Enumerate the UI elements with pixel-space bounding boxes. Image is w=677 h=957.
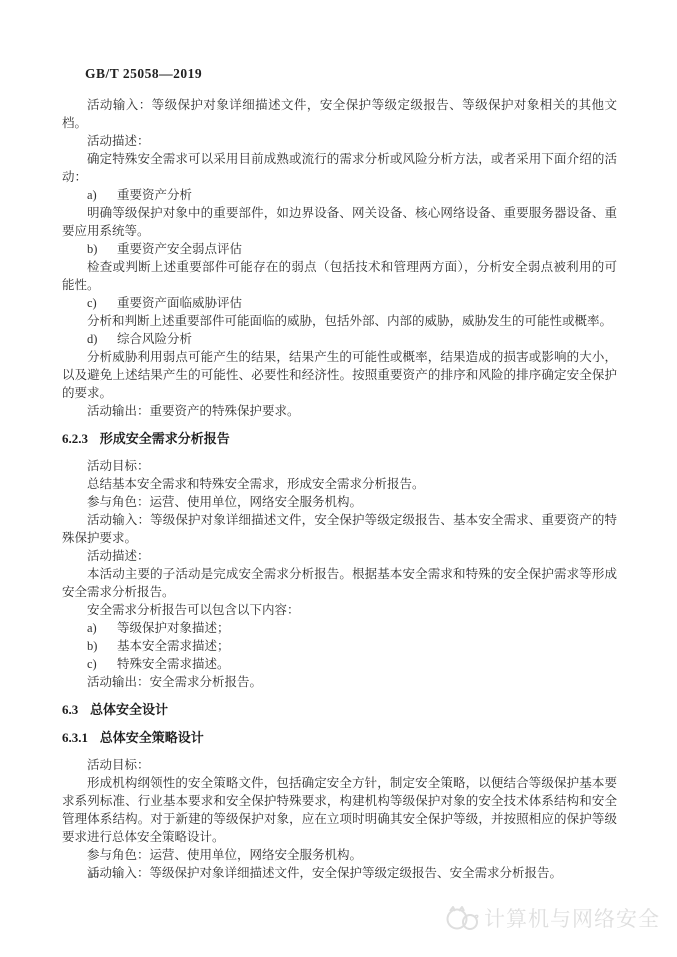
list-item: a)等级保护对象描述； xyxy=(62,619,617,637)
paragraph: 本活动主要的子活动是完成安全需求分析报告。根据基本安全需求和特殊的安全保护需求等… xyxy=(62,565,617,601)
list-item-text: 综合风险分析 xyxy=(117,332,192,346)
paragraph: 总结基本安全需求和特殊安全需求，形成安全需求分析报告。 xyxy=(62,475,617,493)
paragraph: 活动描述： xyxy=(62,132,617,150)
paragraph: 分析威胁利用弱点可能产生的结果，结果产生的可能性或概率，结果造成的损害或影响的大… xyxy=(62,348,617,402)
paragraph: 活动描述： xyxy=(62,547,617,565)
list-item: d)综合风险分析 xyxy=(62,330,617,348)
list-item: c)重要资产面临威胁评估 xyxy=(62,294,617,312)
paragraph: 形成机构纲领性的安全策略文件，包括确定安全方针，制定安全策略，以便结合等级保护基… xyxy=(62,774,617,846)
list-marker: d) xyxy=(87,330,117,348)
list-item-text: 等级保护对象描述； xyxy=(117,621,230,635)
section-heading: 6.3.1总体安全策略设计 xyxy=(62,729,617,747)
section-number: 6.3 xyxy=(62,702,78,717)
watermark-text: 计算机与网络安全 xyxy=(484,903,660,933)
paragraph: 活动输入：等级保护对象详细描述文件，安全保护等级定级报告、基本安全需求、重要资产… xyxy=(62,511,617,547)
paragraph: 活动输出：安全需求分析报告。 xyxy=(62,673,617,691)
list-marker: b) xyxy=(87,637,117,655)
watermark: 计算机与网络安全 xyxy=(445,903,660,933)
section-title: 总体安全策略设计 xyxy=(100,730,204,745)
paragraph: 安全需求分析报告可以包含以下内容： xyxy=(62,601,617,619)
paragraph: 明确等级保护对象中的重要部件，如边界设备、网关设备、核心网络设备、重要服务器设备… xyxy=(62,204,617,240)
list-item-text: 重要资产安全弱点评估 xyxy=(117,242,242,256)
page-number: 10 xyxy=(88,869,99,881)
paragraph: 活动目标： xyxy=(62,457,617,475)
list-item: a)重要资产分析 xyxy=(62,186,617,204)
list-marker: c) xyxy=(87,655,117,673)
watermark-logo-icon xyxy=(445,904,479,932)
list-item-text: 基本安全需求描述； xyxy=(117,639,230,653)
paragraph: 活动输出：重要资产的特殊保护要求。 xyxy=(62,402,617,420)
list-item: c)特殊安全需求描述。 xyxy=(62,655,617,673)
paragraph: 活动输入：等级保护对象详细描述文件，安全保护等级定级报告、等级保护对象相关的其他… xyxy=(62,96,617,132)
section-heading: 6.3总体安全设计 xyxy=(62,701,617,719)
list-item: b)重要资产安全弱点评估 xyxy=(62,240,617,258)
section-title: 总体安全设计 xyxy=(90,702,168,717)
document-body: 活动输入：等级保护对象详细描述文件，安全保护等级定级报告、等级保护对象相关的其他… xyxy=(62,96,617,882)
section-heading: 6.2.3形成安全需求分析报告 xyxy=(62,430,617,448)
paragraph: 活动目标： xyxy=(62,756,617,774)
list-item-text: 重要资产面临威胁评估 xyxy=(117,296,242,310)
list-item: b)基本安全需求描述； xyxy=(62,637,617,655)
paragraph: 确定特殊安全需求可以采用目前成熟或流行的需求分析或风险分析方法，或者采用下面介绍… xyxy=(62,150,617,186)
paragraph: 活动输入：等级保护对象详细描述文件，安全保护等级定级报告、安全需求分析报告。 xyxy=(62,864,617,882)
section-title: 形成安全需求分析报告 xyxy=(100,431,230,446)
section-number: 6.3.1 xyxy=(62,730,88,745)
paragraph: 分析和判断上述重要部件可能面临的威胁，包括外部、内部的威胁，威胁发生的可能性或概… xyxy=(62,312,617,330)
list-item-text: 特殊安全需求描述。 xyxy=(117,657,230,671)
list-marker: a) xyxy=(87,619,117,637)
paragraph: 参与角色：运营、使用单位，网络安全服务机构。 xyxy=(62,846,617,864)
document-page: GB/T 25058—2019 活动输入：等级保护对象详细描述文件，安全保护等级… xyxy=(0,0,677,957)
list-marker: b) xyxy=(87,240,117,258)
standard-code: GB/T 25058—2019 xyxy=(85,66,202,82)
paragraph: 检查或判断上述重要部件可能存在的弱点（包括技术和管理两方面），分析安全弱点被利用… xyxy=(62,258,617,294)
section-number: 6.2.3 xyxy=(62,431,88,446)
paragraph: 参与角色：运营、使用单位，网络安全服务机构。 xyxy=(62,493,617,511)
list-marker: a) xyxy=(87,186,117,204)
list-marker: c) xyxy=(87,294,117,312)
list-item-text: 重要资产分析 xyxy=(117,188,192,202)
